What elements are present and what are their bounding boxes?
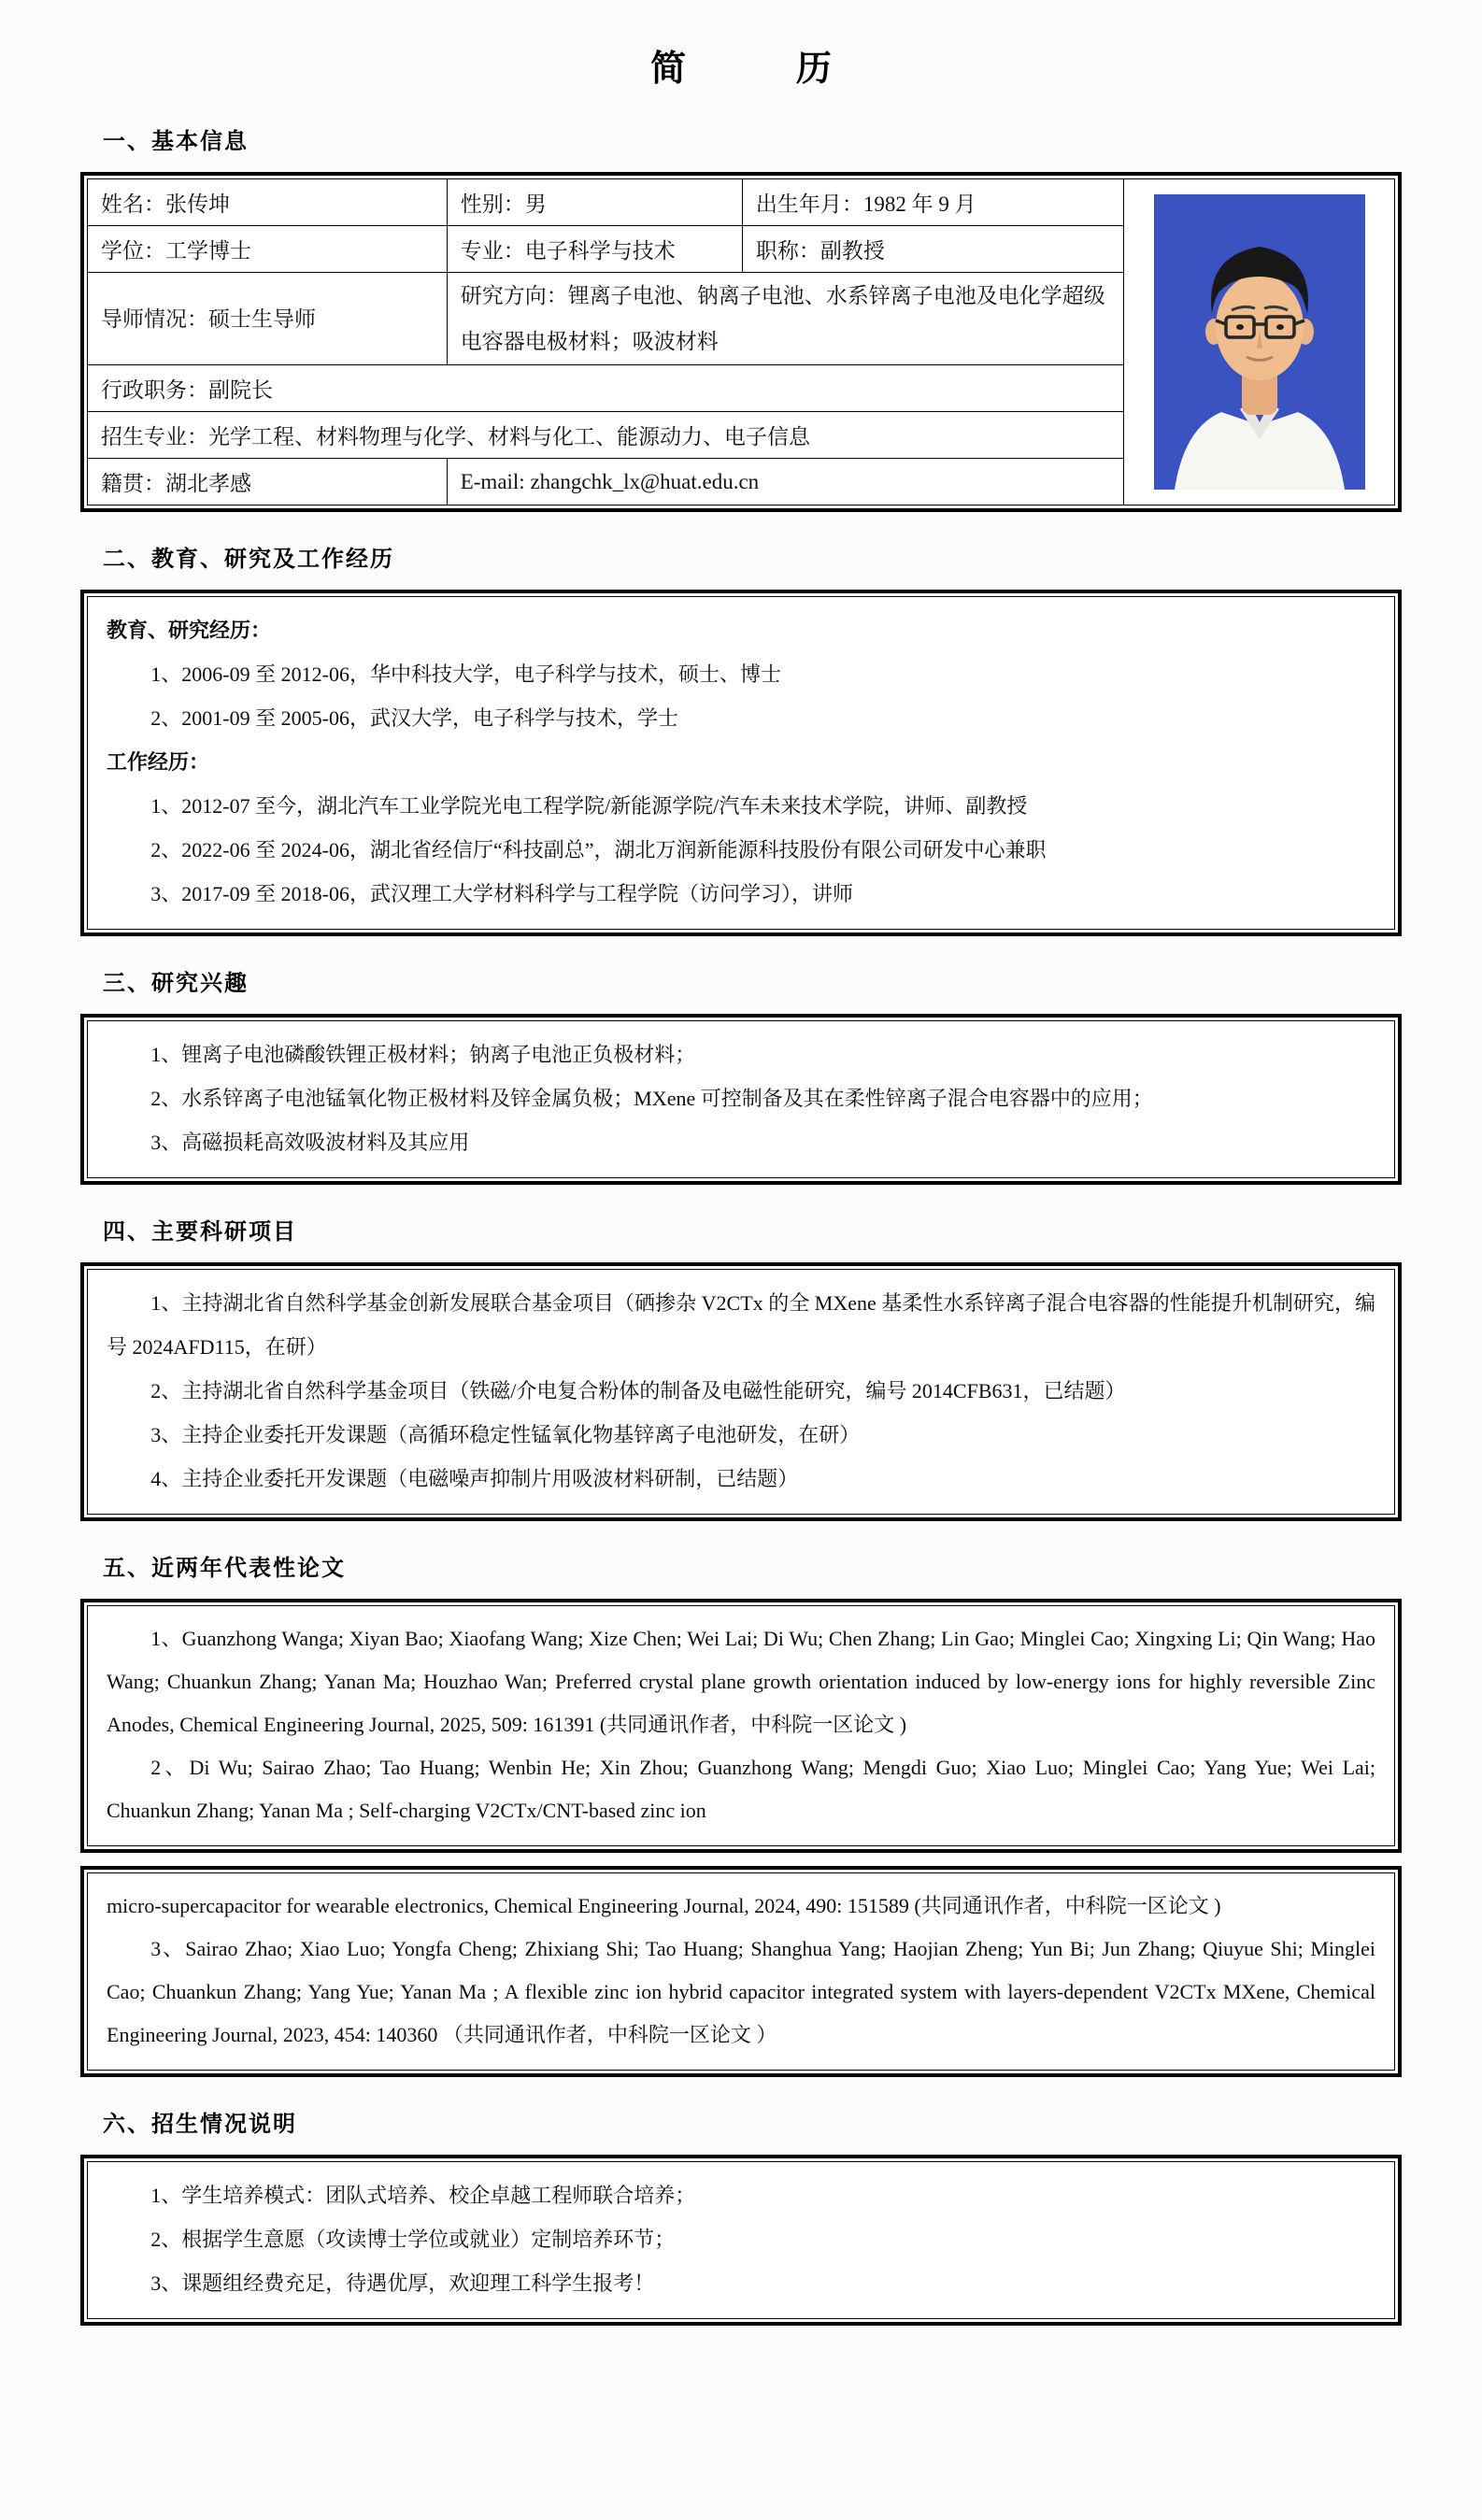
page-title: 简历	[80, 39, 1402, 91]
work-item: 1、2012-07 至今，湖北汽车工业学院光电工程学院/新能源学院/汽车未来技术…	[107, 784, 1375, 828]
cell-research-direction: 研究方向：锂离子电池、钠离子电池、水系锌离子电池及电化学超级电容器电极材料；吸波…	[447, 273, 1124, 365]
cell-admin-post: 行政职务：副院长	[88, 365, 1124, 412]
section-heading-experience: 二、教育、研究及工作经历	[103, 540, 1402, 573]
interest-item: 3、高磁损耗高效吸波材料及其应用	[107, 1120, 1375, 1164]
cell-mentor-status: 导师情况：硕士生导师	[88, 273, 448, 365]
cell-birth-date: 出生年月：1982 年 9 月	[742, 179, 1124, 226]
paper-item: 3、Sairao Zhao; Xiao Luo; Yongfa Cheng; Z…	[107, 1928, 1375, 2057]
experience-box: 教育、研究经历： 1、2006-09 至 2012-06，华中科技大学，电子科学…	[80, 590, 1402, 936]
projects-box: 1、主持湖北省自然科学基金创新发展联合基金项目（硒掺杂 V2CTx 的全 MXe…	[80, 1262, 1402, 1521]
cell-major: 专业：电子科学与技术	[447, 226, 742, 273]
section-heading-admission: 六、招生情况说明	[103, 2105, 1402, 2138]
education-label: 教育、研究经历：	[107, 608, 1375, 652]
photo-cell	[1124, 179, 1395, 505]
cell-email: E-mail: zhangchk_lx@huat.edu.cn	[447, 459, 1124, 505]
project-item: 1、主持湖北省自然科学基金创新发展联合基金项目（硒掺杂 V2CTx 的全 MXe…	[107, 1281, 1375, 1369]
paper-item: 1、Guanzhong Wanga; Xiyan Bao; Xiaofang W…	[107, 1617, 1375, 1746]
paper-item-continuation: micro-supercapacitor for wearable electr…	[107, 1885, 1375, 1928]
cell-name: 姓名：张传坤	[88, 179, 448, 226]
face	[1216, 274, 1304, 380]
eye-right	[1276, 324, 1284, 330]
section-heading-papers: 五、近两年代表性论文	[103, 1549, 1402, 1582]
project-item: 3、主持企业委托开发课题（高循环稳定性锰氧化物基锌离子电池研发，在研）	[107, 1413, 1375, 1457]
interest-item: 2、水系锌离子电池锰氧化物正极材料及锌金属负极；MXene 可控制备及其在柔性锌…	[107, 1076, 1375, 1120]
basic-info-box: 姓名：张传坤 性别：男 出生年月：1982 年 9 月	[80, 172, 1402, 512]
work-item: 2、2022-06 至 2024-06，湖北省经信厅“科技副总”，湖北万润新能源…	[107, 828, 1375, 872]
project-item: 2、主持湖北省自然科学基金项目（铁磁/介电复合粉体的制备及电磁性能研究，编号 2…	[107, 1369, 1375, 1413]
table-row: 姓名：张传坤 性别：男 出生年月：1982 年 9 月	[88, 179, 1395, 226]
interest-item: 1、锂离子电池磷酸铁锂正极材料；钠离子电池正负极材料；	[107, 1032, 1375, 1076]
project-item: 4、主持企业委托开发课题（电磁噪声抑制片用吸波材料研制，已结题）	[107, 1457, 1375, 1501]
cell-hometown: 籍贯：湖北孝感	[88, 459, 448, 505]
admission-item: 3、课题组经费充足，待遇优厚，欢迎理工科学生报考！	[107, 2261, 1375, 2305]
cell-enroll-majors: 招生专业：光学工程、材料物理与化学、材料与化工、能源动力、电子信息	[88, 412, 1124, 459]
basic-info-table: 姓名：张传坤 性别：男 出生年月：1982 年 9 月	[87, 178, 1395, 505]
eye-left	[1236, 324, 1244, 330]
cell-gender: 性别：男	[447, 179, 742, 226]
box-divider-gap	[80, 1853, 1402, 1866]
section-heading-interests: 三、研究兴趣	[103, 964, 1402, 997]
paper-item: 2、Di Wu; Sairao Zhao; Tao Huang; Wenbin …	[107, 1746, 1375, 1832]
work-label: 工作经历：	[107, 740, 1375, 784]
papers-box-2: micro-supercapacitor for wearable electr…	[80, 1866, 1402, 2077]
work-item: 3、2017-09 至 2018-06，武汉理工大学材料科学与工程学院（访问学习…	[107, 872, 1375, 916]
resume-page: 简历 一、基本信息 姓名：张传坤 性别：男 出生年月：1982 年 9 月	[0, 0, 1482, 2520]
education-item: 2、2001-09 至 2005-06，武汉大学，电子科学与技术，学士	[107, 696, 1375, 740]
section-heading-basic-info: 一、基本信息	[103, 122, 1402, 155]
cell-title: 职称：副教授	[742, 226, 1124, 273]
admission-item: 1、学生培养模式：团队式培养、校企卓越工程师联合培养；	[107, 2173, 1375, 2217]
cell-degree: 学位：工学博士	[88, 226, 448, 273]
section-heading-projects: 四、主要科研项目	[103, 1213, 1402, 1246]
papers-section: 1、Guanzhong Wanga; Xiyan Bao; Xiaofang W…	[80, 1599, 1402, 2077]
education-item: 1、2006-09 至 2012-06，华中科技大学，电子科学与技术，硕士、博士	[107, 652, 1375, 696]
interests-box: 1、锂离子电池磷酸铁锂正极材料；钠离子电池正负极材料； 2、水系锌离子电池锰氧化…	[80, 1014, 1402, 1185]
admission-item: 2、根据学生意愿（攻读博士学位或就业）定制培养环节；	[107, 2217, 1375, 2261]
papers-box-1: 1、Guanzhong Wanga; Xiyan Bao; Xiaofang W…	[80, 1599, 1402, 1853]
profile-photo	[1154, 194, 1365, 490]
admission-box: 1、学生培养模式：团队式培养、校企卓越工程师联合培养； 2、根据学生意愿（攻读博…	[80, 2155, 1402, 2326]
